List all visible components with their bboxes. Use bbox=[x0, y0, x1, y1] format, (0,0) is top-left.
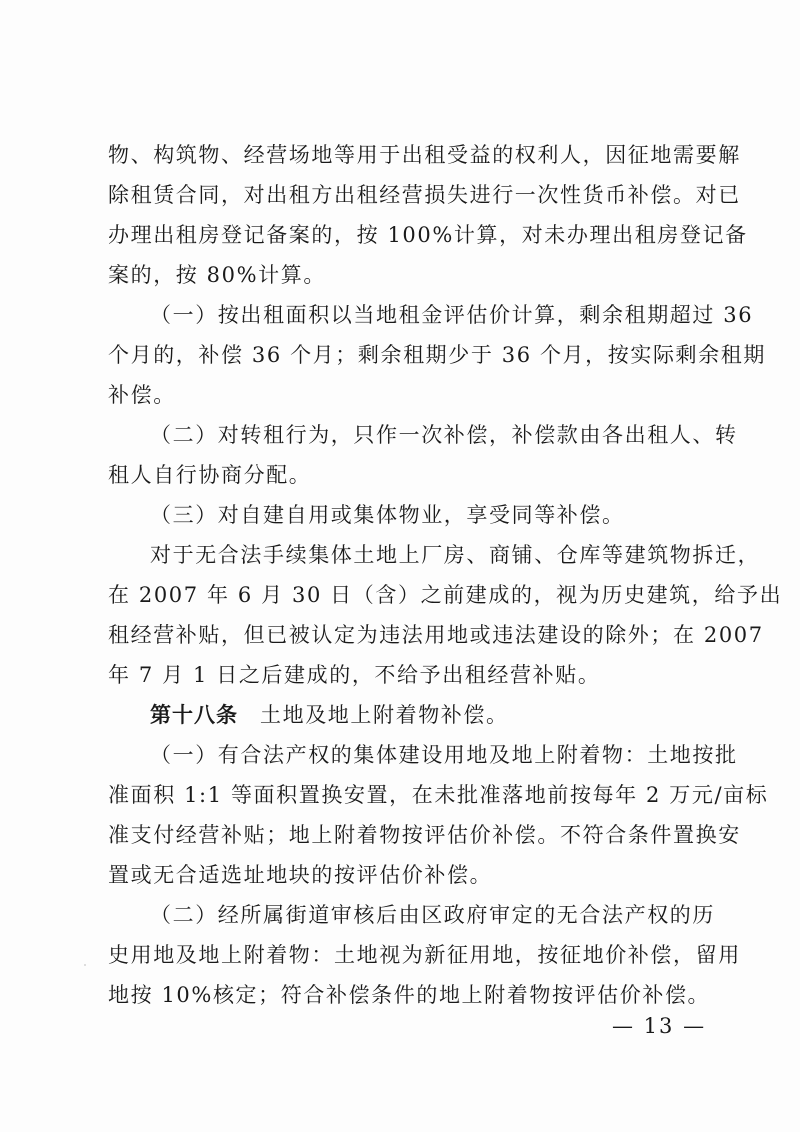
text-line: 准面积 1:1 等面积置换安置，在未批准落地前按每年 2 万元/亩标 bbox=[108, 775, 708, 815]
text-line: 租人自行协商分配。 bbox=[108, 455, 708, 495]
text-line: 案的，按 80%计算。 bbox=[108, 255, 708, 295]
article-heading: 第十八条土地及地上附着物补偿。 bbox=[150, 695, 750, 735]
text-line: （二）经所属街道审核后由区政府审定的无合法产权的历 bbox=[150, 895, 708, 935]
article-title: 土地及地上附着物补偿。 bbox=[260, 703, 509, 727]
text-line: 史用地及地上附着物：土地视为新征用地，按征地价补偿，留用 bbox=[108, 935, 708, 975]
text-line: 准支付经营补贴；地上附着物按评估价补偿。不符合条件置换安 bbox=[108, 815, 708, 855]
text-line: 补偿。 bbox=[108, 375, 708, 415]
page-number: — 13 — bbox=[612, 1006, 706, 1046]
text-line: 对于无合法手续集体土地上厂房、商铺、仓库等建筑物拆迁， bbox=[150, 535, 708, 575]
text-line: 除租赁合同，对出租方出租经营损失进行一次性货币补偿。对已 bbox=[108, 175, 708, 215]
text-line: （三）对自建自用或集体物业，享受同等补偿。 bbox=[150, 495, 750, 535]
article-number: 第十八条 bbox=[150, 703, 238, 727]
text-line: （一）有合法产权的集体建设用地及地上附着物：土地按批 bbox=[150, 735, 708, 775]
text-line: 个月的，补偿 36 个月；剩余租期少于 36 个月，按实际剩余租期 bbox=[108, 335, 708, 375]
text-line: （一）按出租面积以当地租金评估价计算，剩余租期超过 36 bbox=[150, 295, 708, 335]
scan-artifact bbox=[84, 964, 86, 966]
text-line: 年 7 月 1 日之后建成的，不给予出租经营补贴。 bbox=[108, 655, 708, 695]
text-line: 办理出租房登记备案的，按 100%计算，对未办理出租房登记备 bbox=[108, 215, 708, 255]
text-line: 在 2007 年 6 月 30 日（含）之前建成的，视为历史建筑，给予出 bbox=[108, 575, 708, 615]
text-line: （二）对转租行为，只作一次补偿，补偿款由各出租人、转 bbox=[150, 415, 708, 455]
document-page: 物、构筑物、经营场地等用于出租受益的权利人，因征地需要解 除租赁合同，对出租方出… bbox=[0, 0, 800, 1132]
text-line: 租经营补贴，但已被认定为违法用地或违法建设的除外；在 2007 bbox=[108, 615, 708, 655]
text-line: 置或无合适选址地块的按评估价补偿。 bbox=[108, 855, 708, 895]
text-line: 物、构筑物、经营场地等用于出租受益的权利人，因征地需要解 bbox=[108, 135, 708, 175]
